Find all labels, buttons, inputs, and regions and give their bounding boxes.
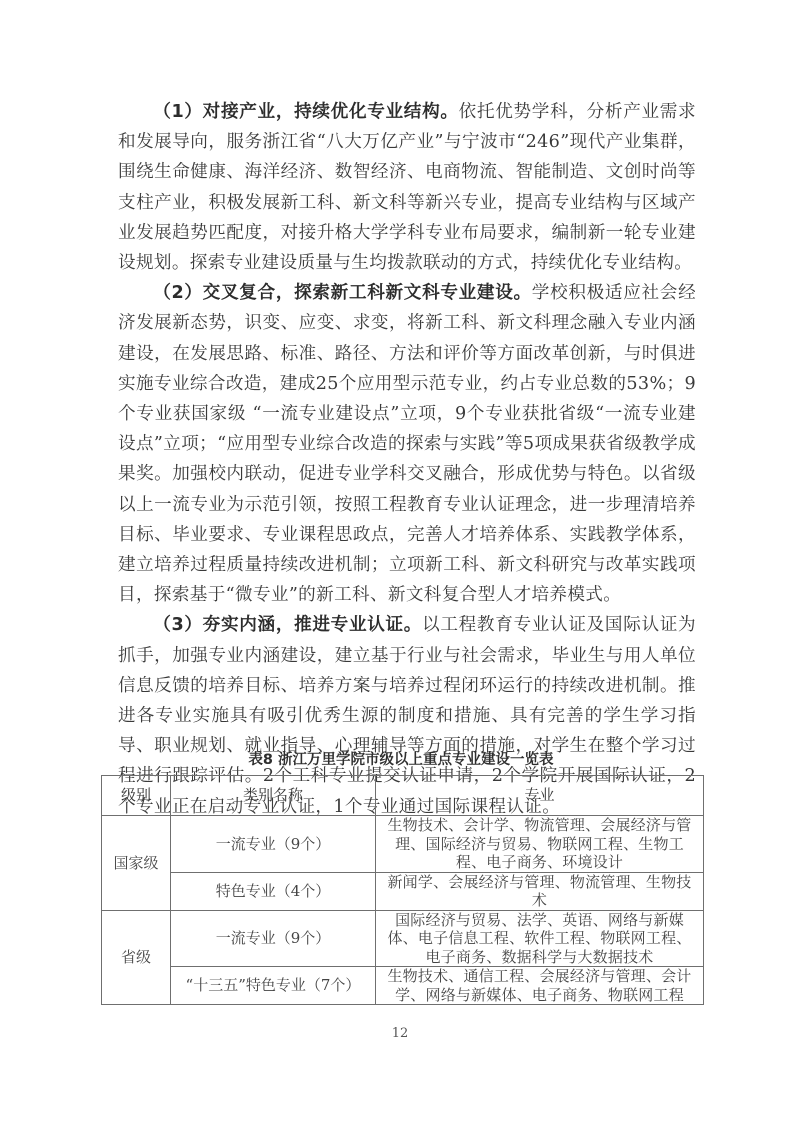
document-page: （1）对接产业，持续优化专业结构。依托优势学科，分析产业需求和发展导向，服务浙江… [0,0,800,1139]
category-cell: “十三五”特色专业（7个） [171,967,376,1005]
category-cell: 特色专业（4个） [171,872,376,910]
level-cell: 省级 [102,910,171,1005]
paragraph-heading: （1）对接产业，持续优化专业结构。 [153,102,458,122]
majors-cell: 新闻学、会展经济与管理、物流管理、生物技术 [376,872,704,910]
table-row: 省级 一流专业（9个） 国际经济与贸易、法学、英语、网络与新媒体、电子信息工程、… [102,910,704,967]
table-row: “十三五”特色专业（7个） 生物技术、通信工程、会展经济与管理、会计学、网络与新… [102,967,704,1005]
table-row: 国家级 一流专业（9个） 生物技术、会计学、物流管理、会展经济与管理、国际经济与… [102,816,704,873]
table-caption: 表8 浙江万里学院市级以上重点专业建设一览表 [100,748,702,769]
body-text: （1）对接产业，持续优化专业结构。依托优势学科，分析产业需求和发展导向，服务浙江… [118,97,696,822]
majors-cell: 生物技术、通信工程、会展经济与管理、会计学、网络与新媒体、电子商务、物联网工程 [376,967,704,1005]
category-cell: 一流专业（9个） [171,816,376,873]
majors-cell: 国际经济与贸易、法学、英语、网络与新媒体、电子信息工程、软件工程、物联网工程、电… [376,910,704,967]
paragraph-heading: （2）交叉复合，探索新工科新文科专业建设。 [153,283,532,303]
key-majors-table: 级别 类别名称 专业 国家级 一流专业（9个） 生物技术、会计学、物流管理、会展… [101,775,704,1005]
header-majors: 专业 [376,776,704,816]
paragraph-interdisciplinary: （2）交叉复合，探索新工科新文科专业建设。学校积极适应社会经济发展新态势，识变、… [118,278,696,610]
paragraph-industry-alignment: （1）对接产业，持续优化专业结构。依托优势学科，分析产业需求和发展导向，服务浙江… [118,97,696,278]
header-level: 级别 [102,776,171,816]
table-row: 特色专业（4个） 新闻学、会展经济与管理、物流管理、生物技术 [102,872,704,910]
level-cell: 国家级 [102,816,171,911]
page-number: 12 [0,1026,800,1041]
majors-cell: 生物技术、会计学、物流管理、会展经济与管理、国际经济与贸易、物联网工程、生物工程… [376,816,704,873]
paragraph-heading: （3）夯实内涵，推进专业认证。 [153,615,422,635]
header-category: 类别名称 [171,776,376,816]
table-header-row: 级别 类别名称 专业 [102,776,704,816]
category-cell: 一流专业（9个） [171,910,376,967]
paragraph-body: 依托优势学科，分析产业需求和发展导向，服务浙江省“八大万亿产业”与宁波市“246… [118,102,696,273]
paragraph-body: 学校积极适应社会经济发展新态势，识变、应变、求变，将新工科、新文科理念融入专业内… [118,283,696,605]
